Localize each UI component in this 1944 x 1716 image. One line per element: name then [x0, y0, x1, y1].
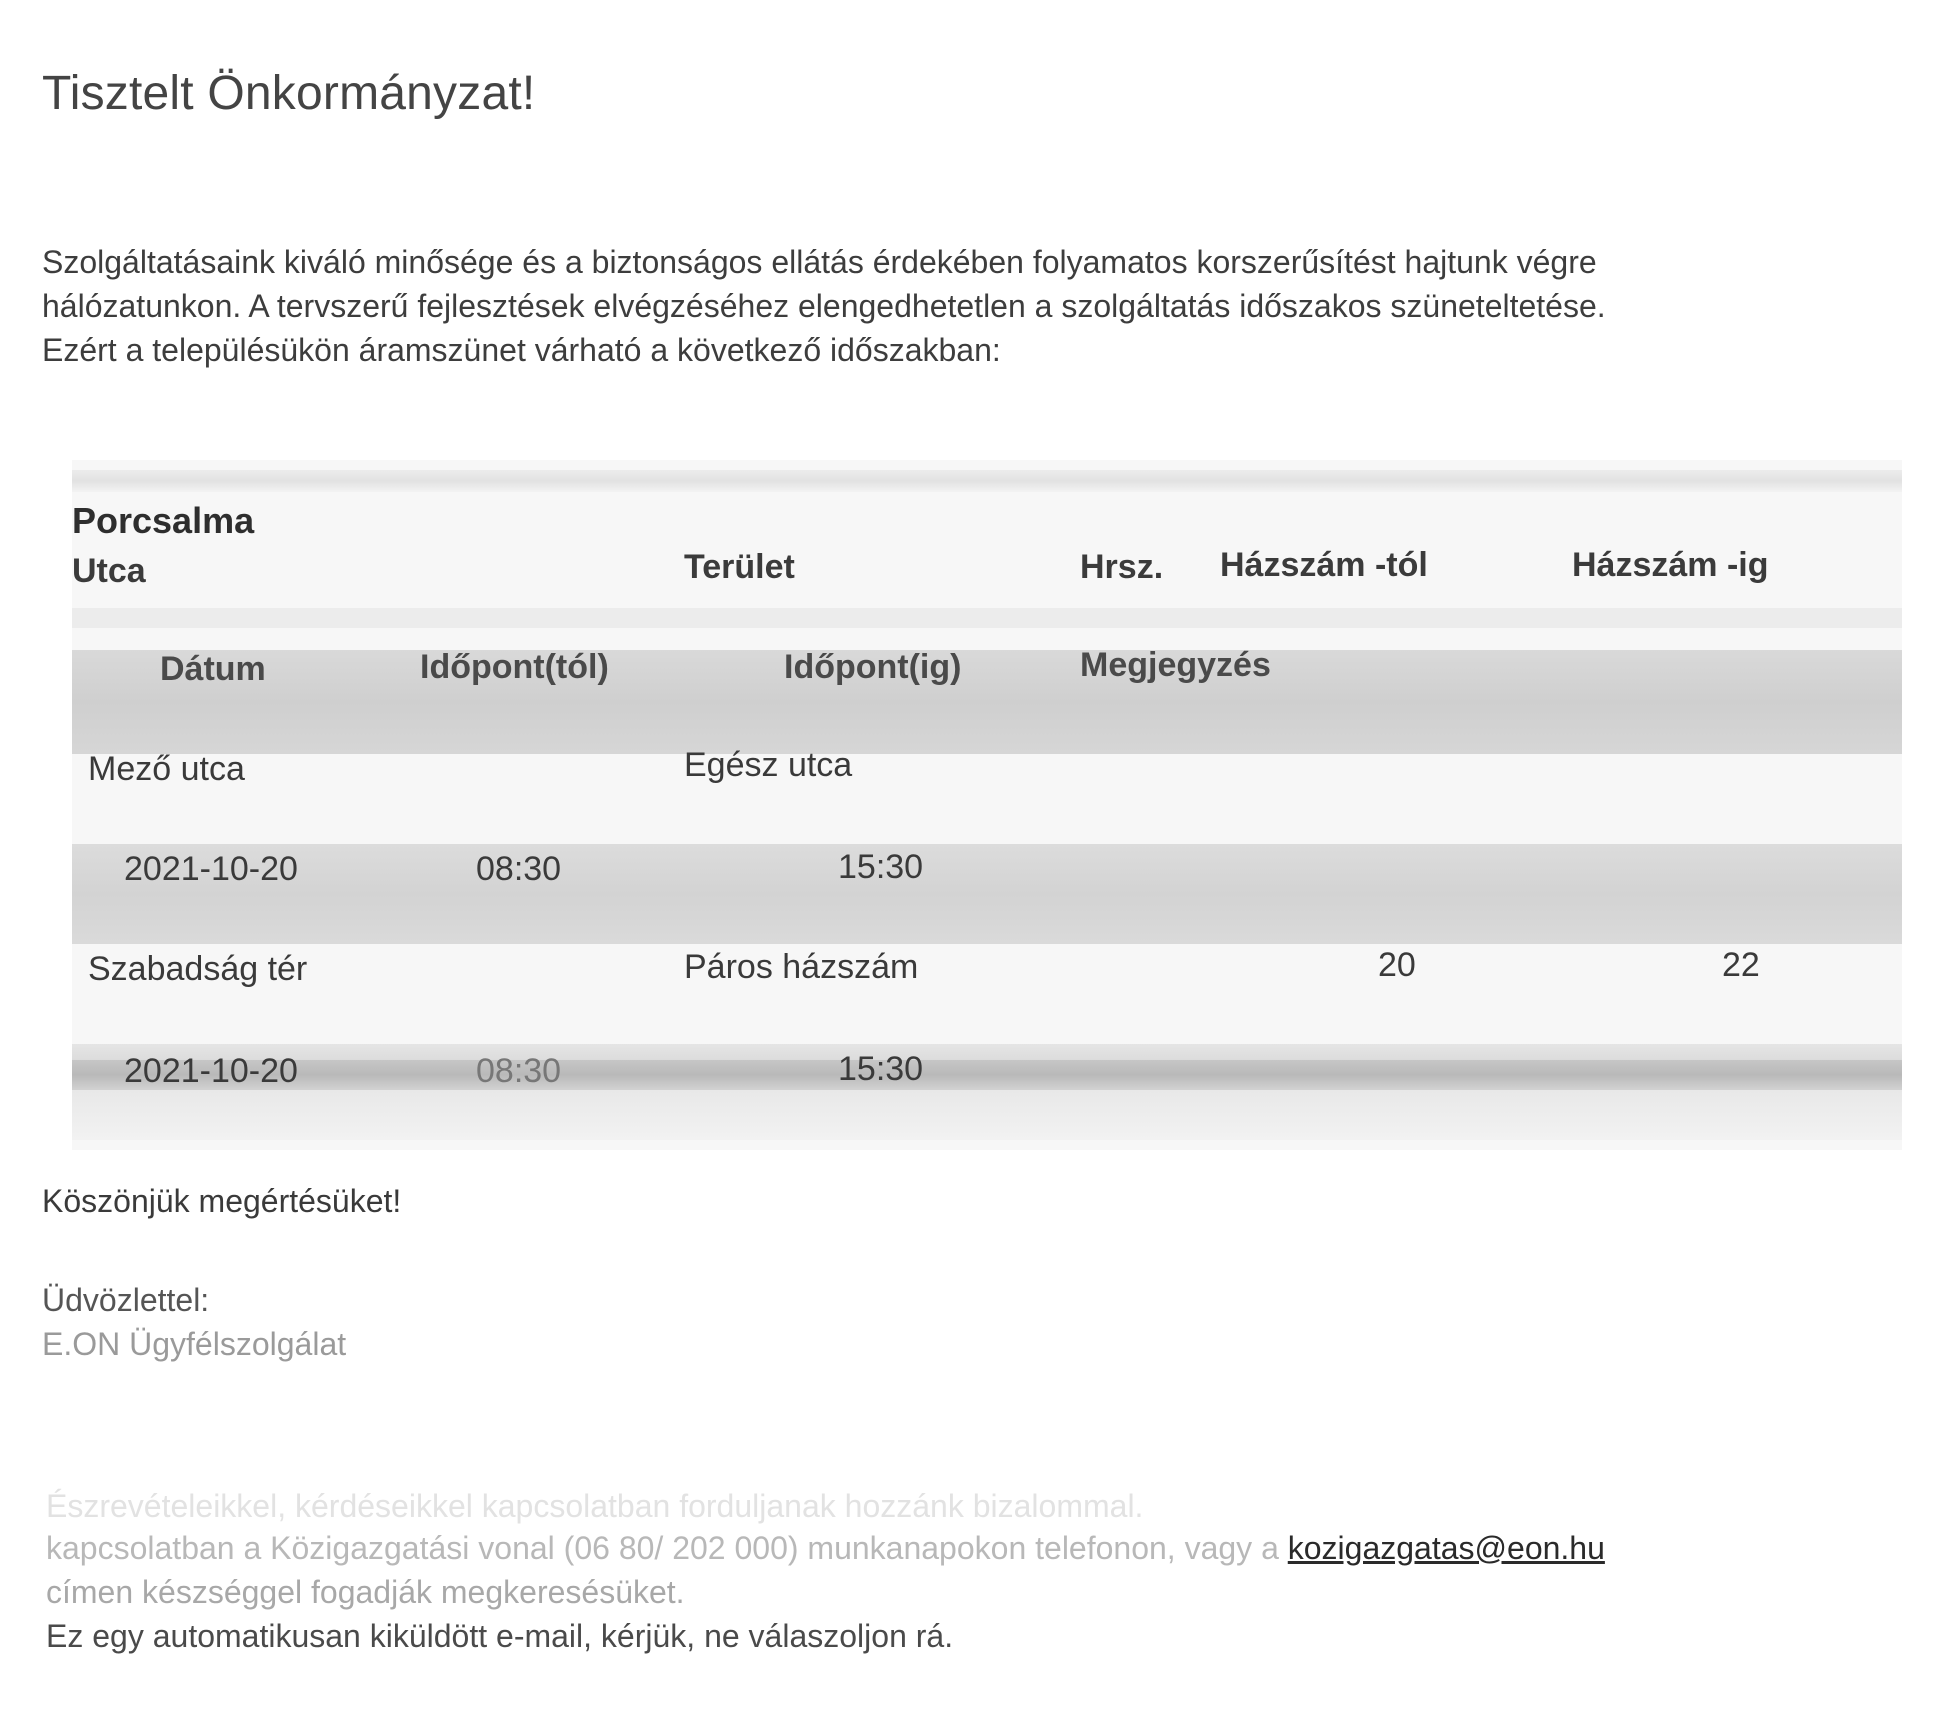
col-header-time-to: Időpont(ig): [784, 648, 961, 687]
row-2-band-bottom: [72, 1090, 1902, 1140]
town-name: Porcsalma: [72, 500, 254, 542]
footer-line-3: címen készséggel fogadják megkeresésüket…: [46, 1574, 685, 1611]
header-band: [72, 608, 1902, 628]
col-header-area: Terület: [684, 548, 795, 587]
cell-area: Egész utca: [684, 746, 852, 785]
col-header-street: Utca: [72, 552, 146, 591]
cell-street: Szabadság tér: [88, 950, 307, 989]
signature-text: E.ON Ügyfélszolgálat: [42, 1326, 346, 1363]
footer-line-1: Észrevételeikkel, kérdéseikkel kapcsolat…: [46, 1488, 1143, 1525]
intro-paragraph: Szolgáltatásaink kiváló minősége és a bi…: [42, 240, 1922, 372]
row-1-schedule-band: [72, 844, 1902, 944]
subheader-band: [72, 650, 1902, 754]
cell-time-to: 15:30: [838, 848, 923, 887]
cell-date: 2021-10-20: [124, 850, 298, 889]
col-header-lot-number: Hrsz.: [1080, 548, 1163, 587]
regards-text: Üdvözlettel:: [42, 1282, 209, 1319]
col-header-date: Dátum: [160, 650, 266, 689]
footer-line-2: kapcsolatban a Közigazgatási vonal (06 8…: [46, 1530, 1605, 1567]
col-header-time-from: Időpont(tól): [420, 648, 609, 687]
cell-time-to: 15:30: [838, 1050, 923, 1089]
cell-house-to: 22: [1722, 946, 1760, 985]
footer-contact-text: kapcsolatban a Közigazgatási vonal (06 8…: [46, 1530, 1288, 1566]
greeting-heading: Tisztelt Önkormányzat!: [42, 66, 535, 121]
col-header-house-to: Házszám -ig: [1572, 546, 1769, 585]
cell-street: Mező utca: [88, 750, 245, 789]
outage-table: Porcsalma Utca Terület Hrsz. Házszám -tó…: [72, 460, 1902, 1150]
cell-area: Páros házszám: [684, 948, 918, 987]
email-link[interactable]: kozigazgatas@eon.hu: [1288, 1530, 1605, 1566]
col-header-house-from: Házszám -tól: [1220, 546, 1428, 585]
auto-email-notice: Ez egy automatikusan kiküldött e-mail, k…: [46, 1618, 953, 1655]
cell-house-from: 20: [1378, 946, 1416, 985]
intro-line-3: Ezért a településükön áramszünet várható…: [42, 328, 1922, 372]
table-top-band: [72, 470, 1902, 492]
col-header-note: Megjegyzés: [1080, 646, 1271, 685]
row-2-schedule-band: [72, 1060, 1902, 1090]
cell-time-from: 08:30: [476, 1052, 561, 1091]
intro-line-1: Szolgáltatásaink kiváló minősége és a bi…: [42, 240, 1922, 284]
thanks-text: Köszönjük megértésüket!: [42, 1183, 401, 1220]
cell-time-from: 08:30: [476, 850, 561, 889]
intro-line-2: hálózatunkon. A tervszerű fejlesztések e…: [42, 284, 1922, 328]
cell-date: 2021-10-20: [124, 1052, 298, 1091]
